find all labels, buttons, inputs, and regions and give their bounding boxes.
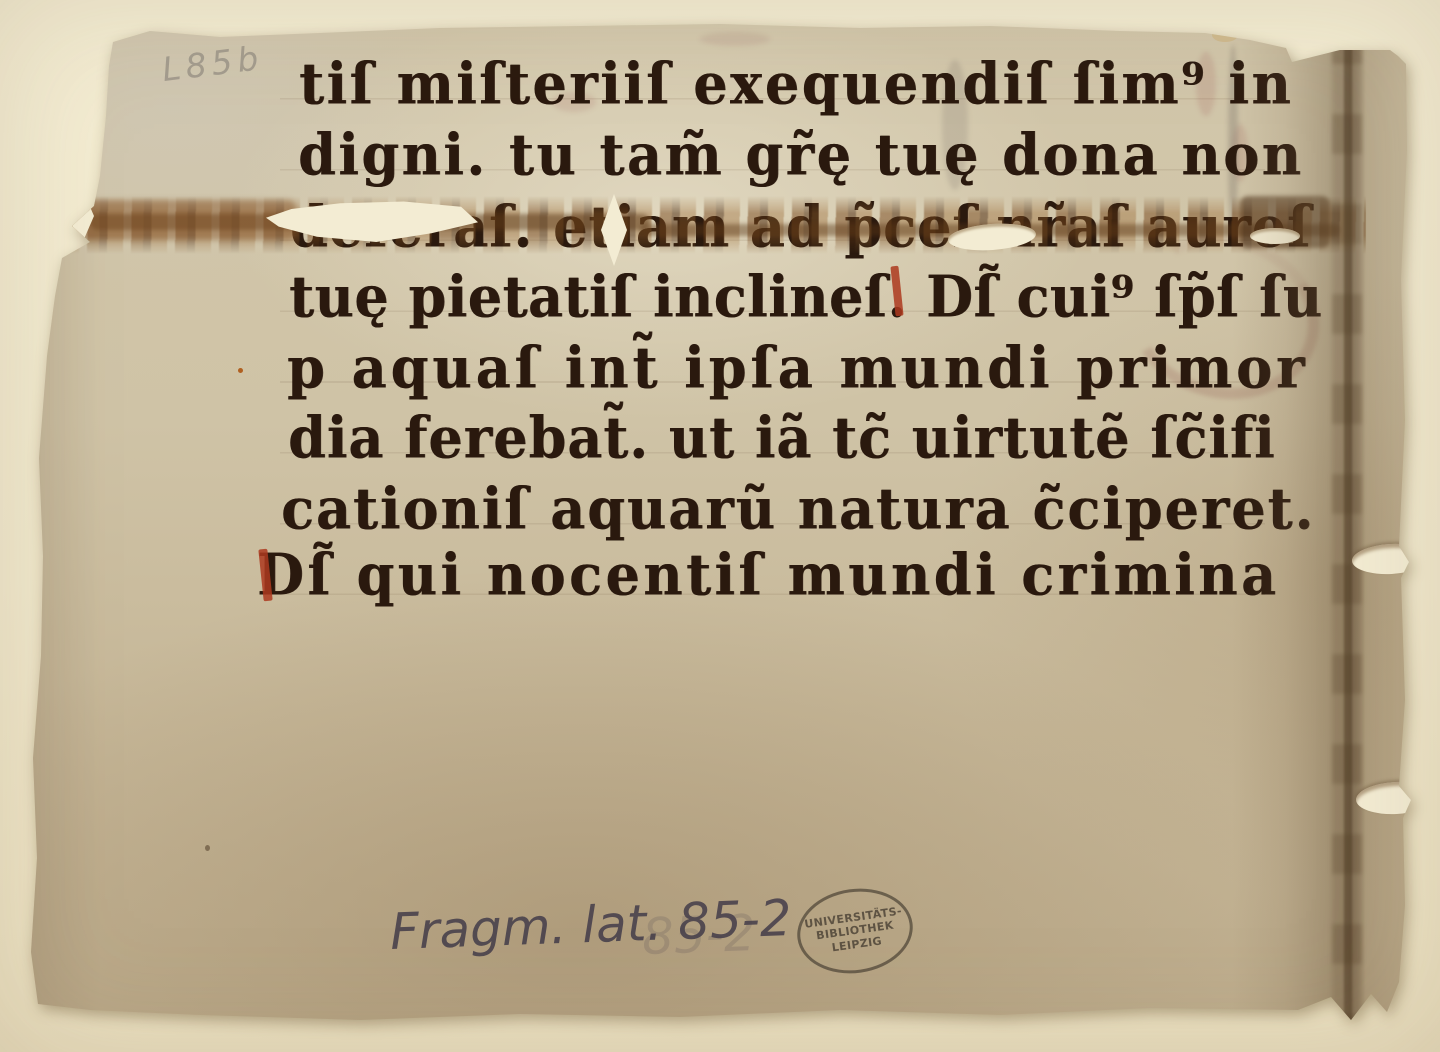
stain-speck xyxy=(238,368,243,373)
shelfmark-ghost-note: 85-2 xyxy=(641,904,756,966)
fold-crease-line xyxy=(1344,24,1352,1024)
stain-speck xyxy=(40,246,52,262)
photo-backdrop: tiſ miſteriiſ exequendiſ ſim⁹ in digni. … xyxy=(0,0,1440,1052)
manuscript-line-8: Dſ̃ qui nocentiſ mundi crimina xyxy=(257,541,1279,608)
manuscript-line-6: dia ferebat̃. ut iã tc̃ uirtutẽ ſc̃ifi xyxy=(288,404,1276,471)
fold-crease xyxy=(1232,24,1408,1024)
stain-speck xyxy=(1212,28,1238,42)
pencil-folio-note: L85b xyxy=(160,38,265,89)
manuscript-line-2: digni. tu tam̃ gr̃ę tuę dona non xyxy=(298,121,1303,188)
manuscript-line-4: tuę pietatiſ inclineſ. Dſ̃ cui⁹ ſp̃ſ ſu xyxy=(289,263,1323,330)
manuscript-line-1: tiſ miſteriiſ exequendiſ ſim⁹ in xyxy=(299,50,1293,117)
parchment-fragment: tiſ miſteriiſ exequendiſ ſim⁹ in digni. … xyxy=(0,0,1440,1052)
ghost-offset-mark xyxy=(700,32,770,46)
manuscript-line-7: cationiſ aquarũ natura c̃ciperet. xyxy=(281,475,1315,542)
stain-speck xyxy=(205,845,210,851)
manuscript-line-5: p aquaſ int̃ ipſa mundi primor xyxy=(287,334,1308,401)
tear-rust-patch xyxy=(36,200,296,240)
parchment-shadow-wrap: tiſ miſteriiſ exequendiſ ſim⁹ in digni. … xyxy=(0,0,1440,1052)
library-stamp: UNIVERSITÄTS- BIBLIOTHEK LEIPZIG xyxy=(792,881,919,980)
